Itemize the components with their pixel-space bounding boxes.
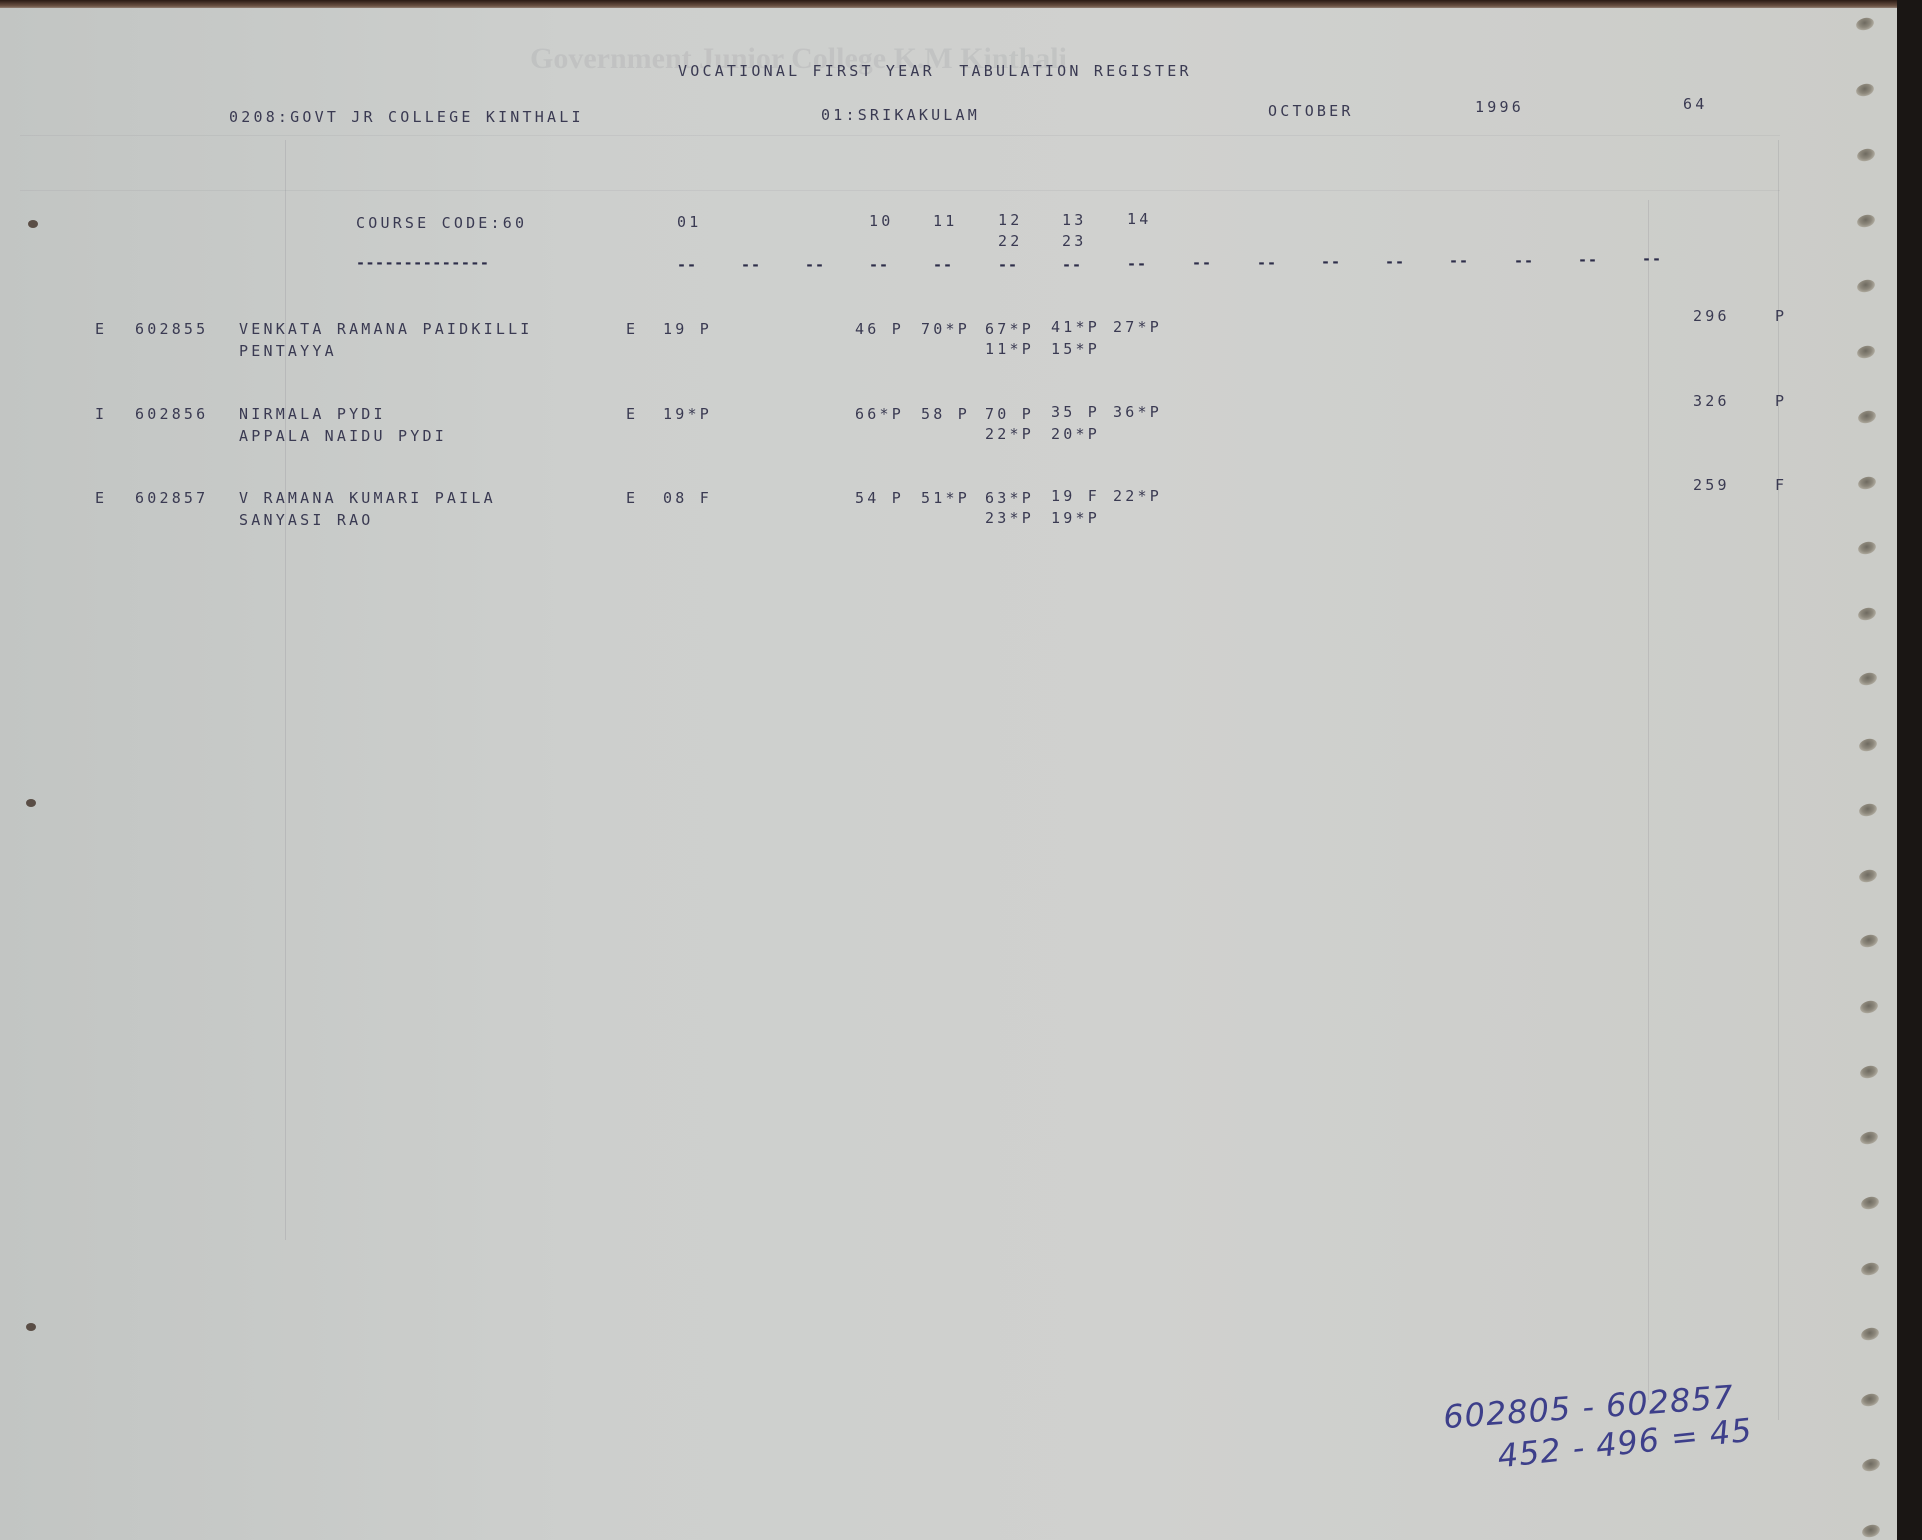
marks-subject-23: 15*P xyxy=(1051,340,1100,358)
marks-subject-13: 19 F xyxy=(1051,487,1100,505)
category-code: E xyxy=(95,489,107,507)
subject-code-01: 01 xyxy=(677,213,701,231)
subject-code-22: 22 xyxy=(998,232,1022,250)
father-name: APPALA NAIDU PYDI xyxy=(239,427,447,445)
medium-code: E xyxy=(626,489,638,507)
total-marks: 296 xyxy=(1693,307,1730,325)
marks-subject-14: 27*P xyxy=(1113,318,1162,336)
college-name: 0208:GOVT JR COLLEGE KINTHALI xyxy=(229,108,584,126)
marks-subject-13: 41*P xyxy=(1051,318,1100,336)
hall-ticket-number: 602857 xyxy=(135,489,208,507)
marks-subject-13: 35 P xyxy=(1051,403,1100,421)
exam-month: OCTOBER xyxy=(1268,102,1354,120)
bleed-through-rule xyxy=(20,190,1780,191)
marks-subject-10: 66*P xyxy=(855,405,904,423)
subject-code-14: 14 xyxy=(1127,210,1151,228)
bleed-through-column xyxy=(1648,200,1649,1400)
column-dash: -- xyxy=(1514,252,1534,270)
medium-code: E xyxy=(626,405,638,423)
category-code: I xyxy=(95,405,107,423)
punch-hole xyxy=(28,220,38,228)
column-dash: -- xyxy=(998,256,1018,274)
marks-subject-01: 19*P xyxy=(663,405,712,423)
marks-subject-01: 19 P xyxy=(663,320,712,338)
column-dash: -- xyxy=(1642,250,1662,268)
bleed-through-rule xyxy=(20,135,1780,136)
subject-code-10: 10 xyxy=(869,212,893,230)
student-name: VENKATA RAMANA PAIDKILLI xyxy=(239,320,533,338)
district-name: 01:SRIKAKULAM xyxy=(821,106,980,124)
column-dash: -- xyxy=(1385,253,1405,271)
bleed-through-column xyxy=(285,140,286,1240)
punch-hole xyxy=(26,1323,36,1331)
marks-subject-22: 11*P xyxy=(985,340,1034,358)
student-name: V RAMANA KUMARI PAILA xyxy=(239,489,496,507)
total-marks: 326 xyxy=(1693,392,1730,410)
column-dash: -- xyxy=(1321,253,1341,271)
father-name: PENTAYYA xyxy=(239,342,337,360)
marks-subject-14: 22*P xyxy=(1113,487,1162,505)
course-code-underline: -------------- xyxy=(356,254,489,272)
result-status: F xyxy=(1775,476,1787,494)
medium-code: E xyxy=(626,320,638,338)
subject-code-11: 11 xyxy=(933,212,957,230)
hall-ticket-number: 602856 xyxy=(135,405,208,423)
marks-subject-11: 51*P xyxy=(921,489,970,507)
marks-subject-01: 08 F xyxy=(663,489,712,507)
marks-subject-12: 67*P xyxy=(985,320,1034,338)
punch-hole xyxy=(26,799,36,807)
subject-code-12: 12 xyxy=(998,211,1022,229)
subject-code-23: 23 xyxy=(1062,232,1086,250)
exam-year: 1996 xyxy=(1475,98,1524,116)
marks-subject-22: 23*P xyxy=(985,509,1034,527)
column-dash: -- xyxy=(933,256,953,274)
marks-subject-11: 58 P xyxy=(921,405,970,423)
background-strip xyxy=(1897,0,1922,1540)
bleed-through-column xyxy=(1778,140,1779,1420)
column-dash: -- xyxy=(741,256,761,274)
total-marks: 259 xyxy=(1693,476,1730,494)
column-dash: -- xyxy=(1192,254,1212,272)
marks-subject-10: 54 P xyxy=(855,489,904,507)
subject-code-13: 13 xyxy=(1062,211,1086,229)
father-name: SANYASI RAO xyxy=(239,511,374,529)
report-title: VOCATIONAL FIRST YEAR TABULATION REGISTE… xyxy=(678,62,1192,80)
marks-subject-22: 22*P xyxy=(985,425,1034,443)
column-dash: -- xyxy=(1257,254,1277,272)
hall-ticket-number: 602855 xyxy=(135,320,208,338)
result-status: P xyxy=(1775,392,1787,410)
student-name: NIRMALA PYDI xyxy=(239,405,386,423)
marks-subject-23: 19*P xyxy=(1051,509,1100,527)
result-status: P xyxy=(1775,307,1787,325)
column-dash: -- xyxy=(869,256,889,274)
category-code: E xyxy=(95,320,107,338)
page-number: 64 xyxy=(1683,95,1707,113)
marks-subject-23: 20*P xyxy=(1051,425,1100,443)
column-dash: -- xyxy=(1449,252,1469,270)
marks-subject-10: 46 P xyxy=(855,320,904,338)
column-dash: -- xyxy=(677,256,697,274)
marks-subject-11: 70*P xyxy=(921,320,970,338)
course-code-label: COURSE CODE:60 xyxy=(356,214,527,232)
column-dash: -- xyxy=(1127,255,1147,273)
column-dash: -- xyxy=(1062,256,1082,274)
column-dash: -- xyxy=(1578,251,1598,269)
marks-subject-12: 70 P xyxy=(985,405,1034,423)
column-dash: -- xyxy=(805,256,825,274)
marks-subject-14: 36*P xyxy=(1113,403,1162,421)
marks-subject-12: 63*P xyxy=(985,489,1034,507)
